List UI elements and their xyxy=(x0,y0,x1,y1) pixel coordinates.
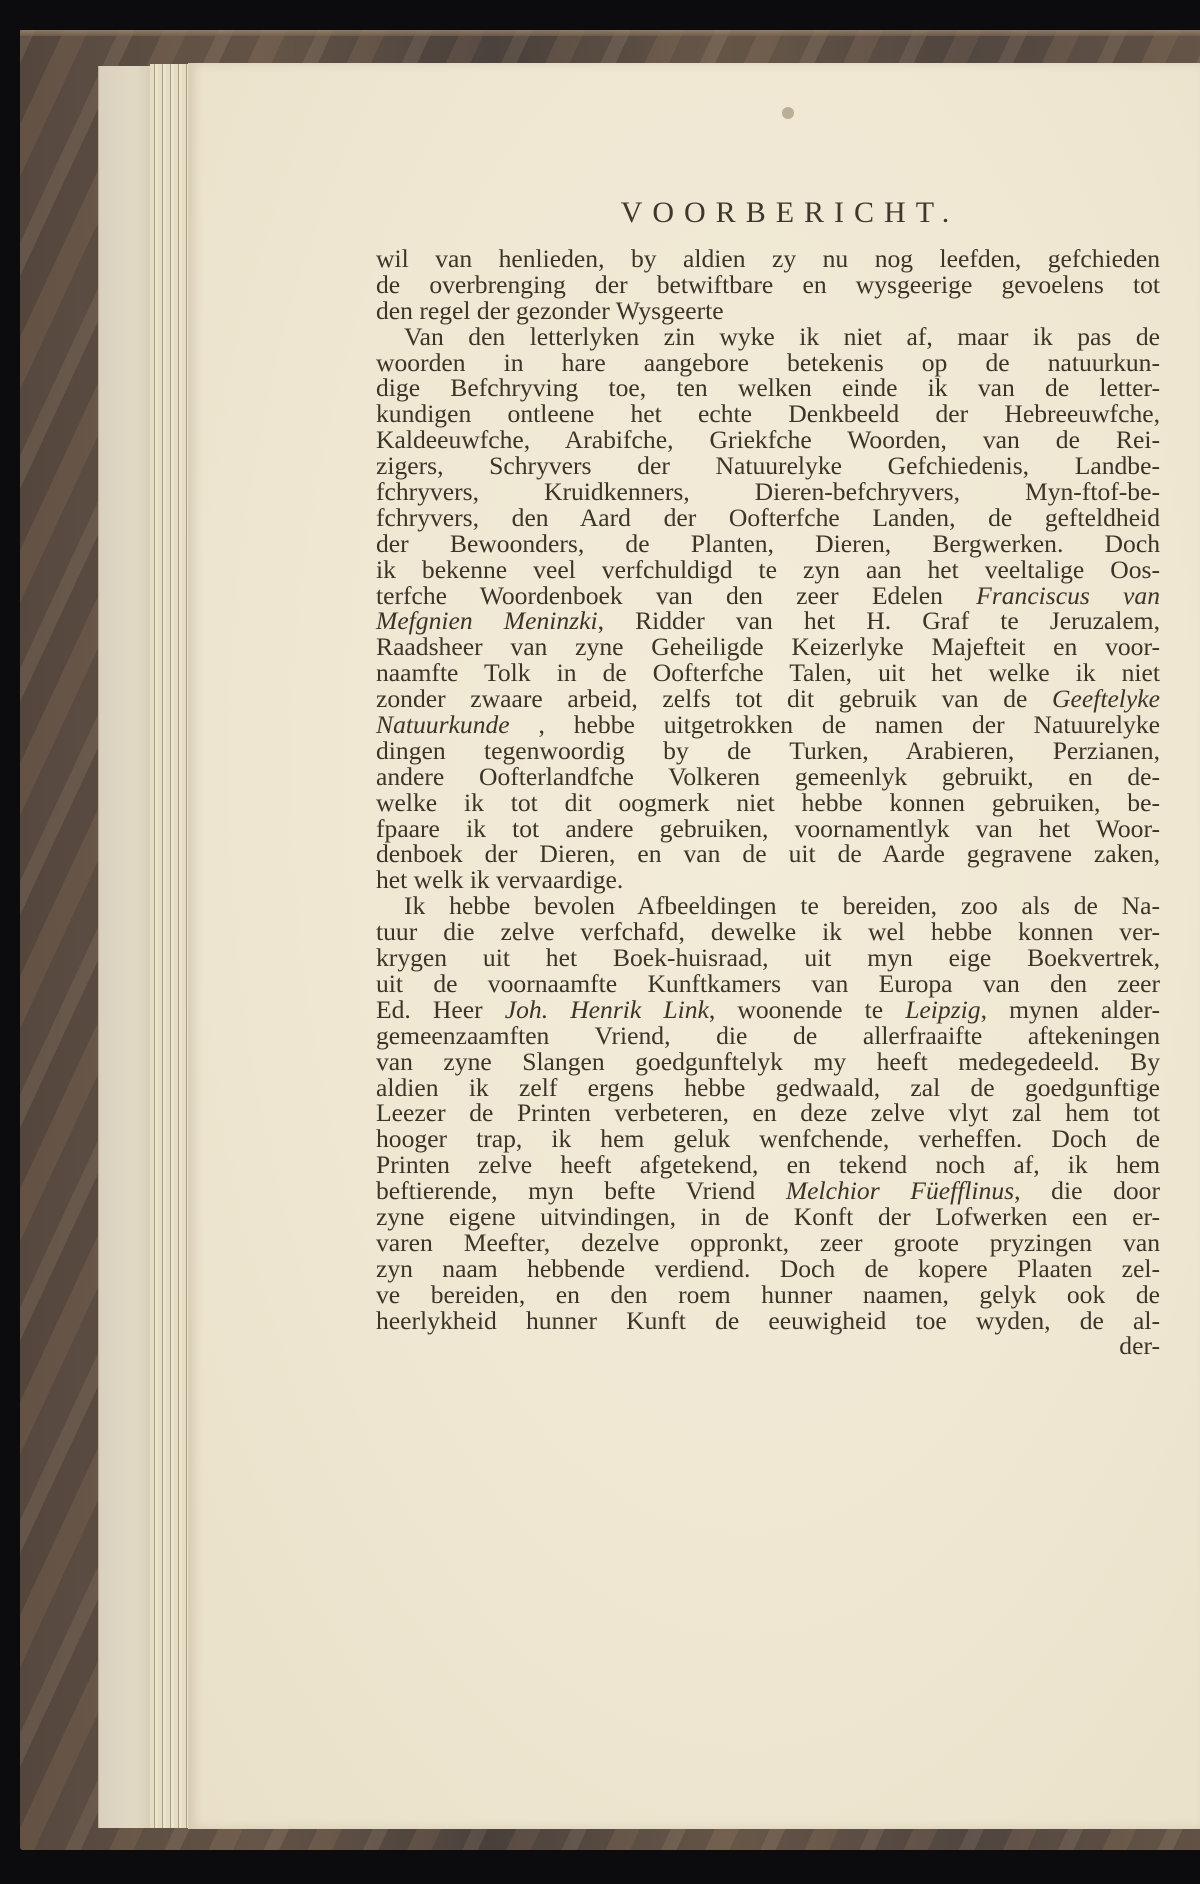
body-text: wil van henlieden, by aldien zy nu nog l… xyxy=(376,246,1160,1359)
text-line: aldien ik zelf ergens hebbe gedwaald, za… xyxy=(376,1075,1160,1101)
text-line: Mefgnien Meninzki, Ridder van het H. Gra… xyxy=(376,608,1160,634)
italic-place: Leipzig xyxy=(905,995,980,1024)
text-line: Leezer de Printen verbeteren, en deze ze… xyxy=(376,1100,1160,1126)
text-line: ve bereiden, en den roem hunner naamen, … xyxy=(376,1282,1160,1308)
text-line: heerlykheid hunner Kunft de eeuwigheid t… xyxy=(376,1308,1160,1334)
text-line: zyn naam hebbende verdiend. Doch de kope… xyxy=(376,1256,1160,1282)
text-line: dingen tegenwoordig by de Turken, Arabie… xyxy=(376,738,1160,764)
text-line: Printen zelve heeft afgetekend, en teken… xyxy=(376,1152,1160,1178)
text-line: kundigen ontleene het echte Denkbeeld de… xyxy=(376,401,1160,427)
text-line: beftierende, myn befte Vriend Melchior F… xyxy=(376,1178,1160,1204)
text-line: Ed. Heer Joh. Henrik Link, woonende te L… xyxy=(376,997,1160,1023)
text-line: Natuurkunde , hebbe uitgetrokken de name… xyxy=(376,712,1160,738)
text-line: de overbrenging der betwiftbare en wysge… xyxy=(376,272,1160,298)
text-line: uit de voornaamfte Kunftkamers van Europ… xyxy=(376,971,1160,997)
text-line: hooger trap, ik hem geluk wenfchende, ve… xyxy=(376,1126,1160,1152)
cover-edge xyxy=(20,30,1200,36)
running-head: VOORBERICHT. xyxy=(370,196,1170,230)
text-line: zigers, Schryvers der Natuurelyke Gefchi… xyxy=(376,453,1160,479)
text-line: woorden in hare aangebore betekenis op d… xyxy=(376,350,1160,376)
catchword: der- xyxy=(376,1333,1160,1359)
text-line: welke ik tot dit oogmerk niet hebbe konn… xyxy=(376,790,1160,816)
text-line: ik bekenne veel verfchuldigd te zyn aan … xyxy=(376,557,1160,583)
text-line: wil van henlieden, by aldien zy nu nog l… xyxy=(376,246,1160,272)
text-line: andere Oofterlandfche Volkeren gemeenlyk… xyxy=(376,764,1160,790)
italic-name: Mefgnien Meninzki xyxy=(376,606,598,635)
text-line: fpaare ik tot andere gebruiken, voorname… xyxy=(376,816,1160,842)
text-line: der Bewoonders, de Planten, Dieren, Berg… xyxy=(376,531,1160,557)
text-line: naamfte Tolk in de Oofterfche Talen, uit… xyxy=(376,660,1160,686)
page-edges xyxy=(150,64,190,1828)
text-line: terfche Woordenboek van den zeer Edelen … xyxy=(376,583,1160,609)
text-line: varen Meefter, dezelve oppronkt, zeer gr… xyxy=(376,1230,1160,1256)
text-line: Van den letterlyken zin wyke ik niet af,… xyxy=(376,324,1160,350)
text-line: Raadsheer van zyne Geheiligde Keizerlyke… xyxy=(376,634,1160,660)
text-line: zyne eigene uitvindingen, in de Konft de… xyxy=(376,1204,1160,1230)
italic-name: Joh. Henrik Link xyxy=(505,995,709,1024)
italic-term: Natuurkunde xyxy=(376,710,510,739)
text-line: dige Befchryving toe, ten welken einde i… xyxy=(376,375,1160,401)
text-line: Kaldeeuwfche, Arabifche, Griekfche Woord… xyxy=(376,427,1160,453)
text-line: Ik hebbe bevolen Afbeeldingen te bereide… xyxy=(376,893,1160,919)
text-line: zonder zwaare arbeid, zelfs tot dit gebr… xyxy=(376,686,1160,712)
italic-name: Franciscus van xyxy=(976,581,1160,610)
text-line: gemeenzaamften Vriend, die de allerfraai… xyxy=(376,1023,1160,1049)
foxing-spot xyxy=(782,107,794,119)
italic-term: Geeftelyke xyxy=(1052,684,1160,713)
text-line: fchryvers, Kruidkenners, Dieren-befchryv… xyxy=(376,479,1160,505)
text-line: tuur die zelve verfchafd, dewelke ik wel… xyxy=(376,919,1160,945)
text-line: het welk ik vervaardige. xyxy=(376,867,1160,893)
text-line: denboek der Dieren, en van de uit de Aar… xyxy=(376,841,1160,867)
text-line: krygen uit het Boek-huisraad, uit myn ei… xyxy=(376,945,1160,971)
text-line: den regel der gezonder Wysgeerte xyxy=(376,298,1160,324)
italic-name: Melchior Füefflinus xyxy=(786,1176,1014,1205)
text-line: fchryvers, den Aard der Oofterfche Lande… xyxy=(376,505,1160,531)
text-line: van zyne Slangen goedgunftelyk my heeft … xyxy=(376,1049,1160,1075)
